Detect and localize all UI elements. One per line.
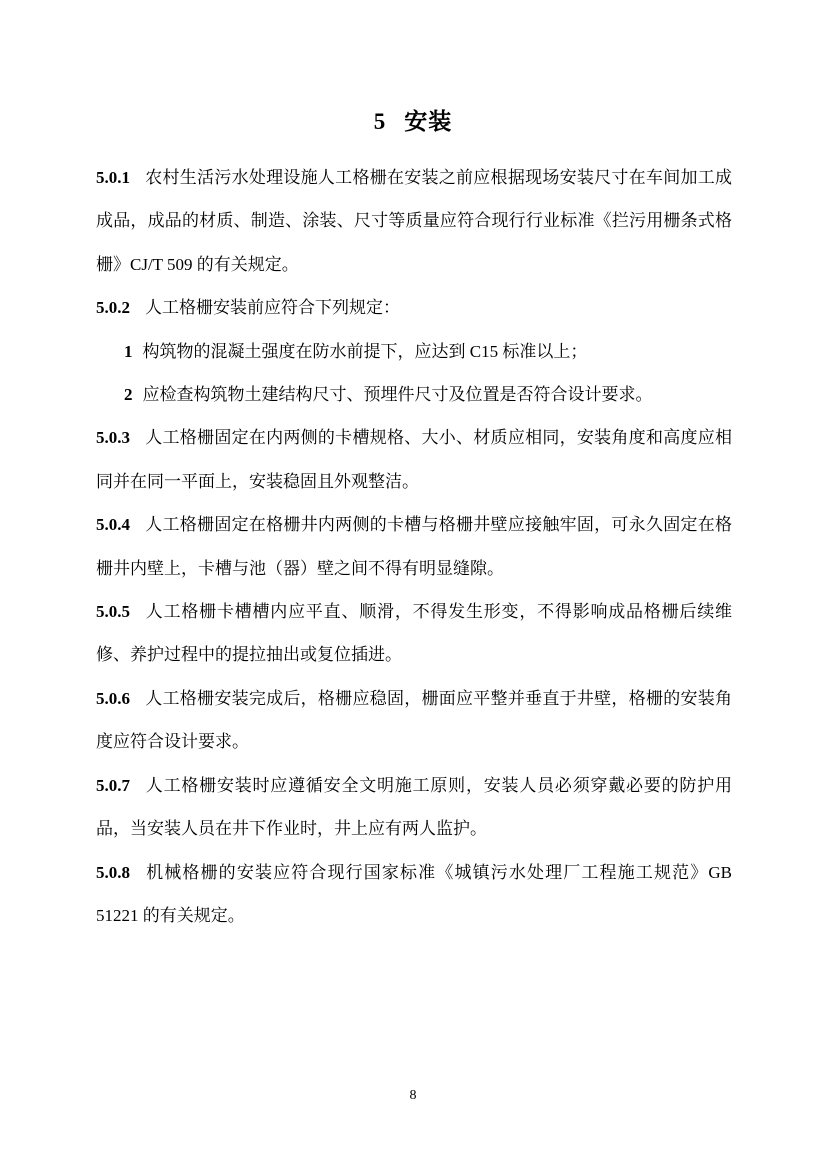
clause-number: 5.0.2	[96, 298, 130, 317]
clause-5-0-2: 5.0.2人工格栅安装前应符合下列规定：	[96, 286, 732, 329]
clause-text: 人工格栅安装时应遵循安全文明施工原则，安装人员必须穿戴必要的防护用品，当安装人员…	[96, 776, 732, 838]
clause-5-0-8: 5.0.8机械格栅的安装应符合现行国家标准《城镇污水处理厂工程施工规范》GB 5…	[96, 851, 732, 938]
document-body: 5.0.1农村生活污水处理设施人工格栅在安装之前应根据现场安装尺寸在车间加工成成…	[96, 156, 732, 937]
chapter-number: 5	[374, 109, 387, 134]
chapter-title: 安装	[404, 109, 452, 134]
chapter-heading: 5安装	[0, 103, 826, 136]
clause-text: 农村生活污水处理设施人工格栅在安装之前应根据现场安装尺寸在车间加工成成品，成品的…	[96, 168, 732, 274]
subitem-text: 应检查构筑物土建结构尺寸、预埋件尺寸及位置是否符合设计要求。	[143, 385, 653, 404]
clause-5-0-2-item-2: 2应检查构筑物土建结构尺寸、预埋件尺寸及位置是否符合设计要求。	[96, 373, 732, 416]
clause-number: 5.0.1	[96, 168, 130, 187]
clause-number: 5.0.8	[96, 863, 130, 882]
clause-5-0-6: 5.0.6人工格栅安装完成后，格栅应稳固，栅面应平整并垂直于井壁，格栅的安装角度…	[96, 677, 732, 764]
subitem-number: 1	[124, 342, 133, 361]
clause-number: 5.0.7	[96, 776, 130, 795]
clause-5-0-3: 5.0.3人工格栅固定在内两侧的卡槽规格、大小、材质应相同，安装角度和高度应相同…	[96, 416, 732, 503]
clause-number: 5.0.6	[96, 689, 130, 708]
clause-number: 5.0.3	[96, 428, 130, 447]
clause-text: 机械格栅的安装应符合现行国家标准《城镇污水处理厂工程施工规范》GB 51221 …	[96, 863, 732, 925]
clause-5-0-5: 5.0.5人工格栅卡槽槽内应平直、顺滑，不得发生形变，不得影响成品格栅后续维修、…	[96, 590, 732, 677]
clause-5-0-4: 5.0.4人工格栅固定在格栅井内两侧的卡槽与格栅井壁应接触牢固，可永久固定在格栅…	[96, 503, 732, 590]
clause-text: 人工格栅安装前应符合下列规定：	[145, 298, 400, 317]
subitem-number: 2	[124, 385, 133, 404]
clause-number: 5.0.5	[96, 602, 130, 621]
clause-text: 人工格栅固定在内两侧的卡槽规格、大小、材质应相同，安装角度和高度应相同并在同一平…	[96, 428, 732, 490]
document-page: 5安装 5.0.1农村生活污水处理设施人工格栅在安装之前应根据现场安装尺寸在车间…	[0, 0, 826, 1169]
page-number: 8	[410, 1088, 417, 1103]
clause-text: 人工格栅卡槽槽内应平直、顺滑，不得发生形变，不得影响成品格栅后续维修、养护过程中…	[96, 602, 732, 664]
clause-text: 人工格栅固定在格栅井内两侧的卡槽与格栅井壁应接触牢固，可永久固定在格栅井内壁上，…	[96, 515, 732, 577]
clause-text: 人工格栅安装完成后，格栅应稳固，栅面应平整并垂直于井壁，格栅的安装角度应符合设计…	[96, 689, 732, 751]
clause-5-0-7: 5.0.7人工格栅安装时应遵循安全文明施工原则，安装人员必须穿戴必要的防护用品，…	[96, 764, 732, 851]
subitem-text: 构筑物的混凝土强度在防水前提下，应达到 C15 标准以上；	[143, 342, 588, 361]
clause-5-0-2-item-1: 1构筑物的混凝土强度在防水前提下，应达到 C15 标准以上；	[96, 330, 732, 373]
clause-5-0-1: 5.0.1农村生活污水处理设施人工格栅在安装之前应根据现场安装尺寸在车间加工成成…	[96, 156, 732, 286]
clause-number: 5.0.4	[96, 515, 130, 534]
page-footer: 8	[0, 1086, 826, 1106]
